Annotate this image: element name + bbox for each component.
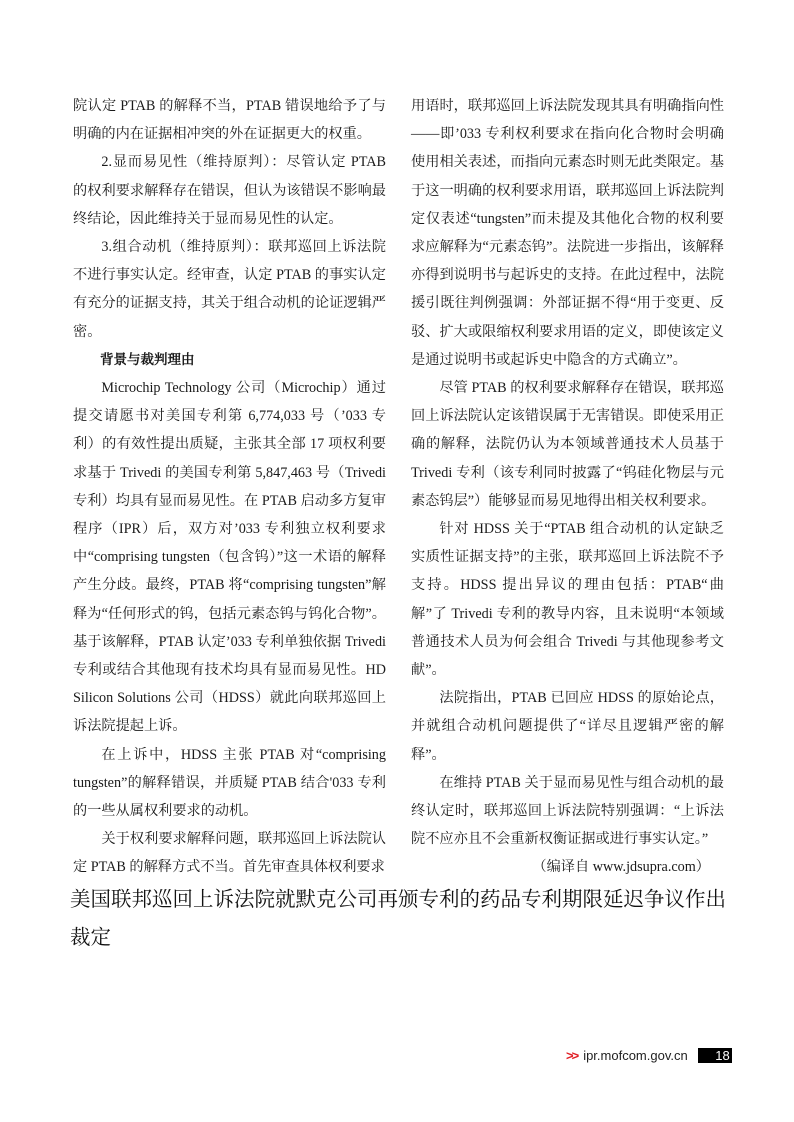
paragraph: 在上诉中，HDSS 主张 PTAB 对“comprising tungsten”…	[73, 741, 386, 826]
paragraph: 法院指出，PTAB 已回应 HDSS 的原始论点，并就组合动机问题提供了“详尽且…	[411, 684, 724, 769]
section-heading: 背景与裁判理由	[73, 346, 386, 374]
paragraph: Microchip Technology 公司（Microchip）通过提交请愿…	[73, 374, 386, 741]
left-column: 院认定 PTAB 的解释不当，PTAB 错误地给予了与明确的内在证据相冲突的外在…	[73, 92, 386, 882]
page-footer: >> ipr.mofcom.gov.cn 18	[566, 1048, 732, 1063]
paragraph: 针对 HDSS 关于“PTAB 组合动机的认定缺乏实质性证据支持”的主张，联邦巡…	[411, 515, 724, 684]
page-number: 18	[698, 1048, 732, 1063]
right-column: 用语时，联邦巡回上诉法院发现其具有明确指向性——即’033 专利权利要求在指向化…	[411, 92, 724, 882]
paragraph: 关于权利要求解释问题，联邦巡回上诉法院认定 PTAB 的解释方式不当。首先审查具…	[73, 825, 386, 881]
source-attribution: （编译自 www.jdsupra.com）	[411, 853, 724, 881]
double-chevron-right-icon: >>	[566, 1048, 577, 1063]
paragraph: 院认定 PTAB 的解释不当，PTAB 错误地给予了与明确的内在证据相冲突的外在…	[73, 92, 386, 148]
footer-url[interactable]: ipr.mofcom.gov.cn	[583, 1048, 688, 1063]
paragraph: 尽管 PTAB 的权利要求解释存在错误，联邦巡回上诉法院认定该错误属于无害错误。…	[411, 374, 724, 515]
paragraph: 3.组合动机（维持原判）：联邦巡回上诉法院不进行事实认定。经审查，认定 PTAB…	[73, 233, 386, 346]
paragraph: 用语时，联邦巡回上诉法院发现其具有明确指向性——即’033 专利权利要求在指向化…	[411, 92, 724, 374]
paragraph: 在维持 PTAB 关于显而易见性与组合动机的最终认定时，联邦巡回上诉法院特别强调…	[411, 769, 724, 854]
article-title: 美国联邦巡回上诉法院就默克公司再颁专利的药品专利期限延迟争议作出裁定	[70, 880, 730, 956]
paragraph: 2.显而易见性（维持原判）：尽管认定 PTAB 的权利要求解释存在错误，但认为该…	[73, 148, 386, 233]
